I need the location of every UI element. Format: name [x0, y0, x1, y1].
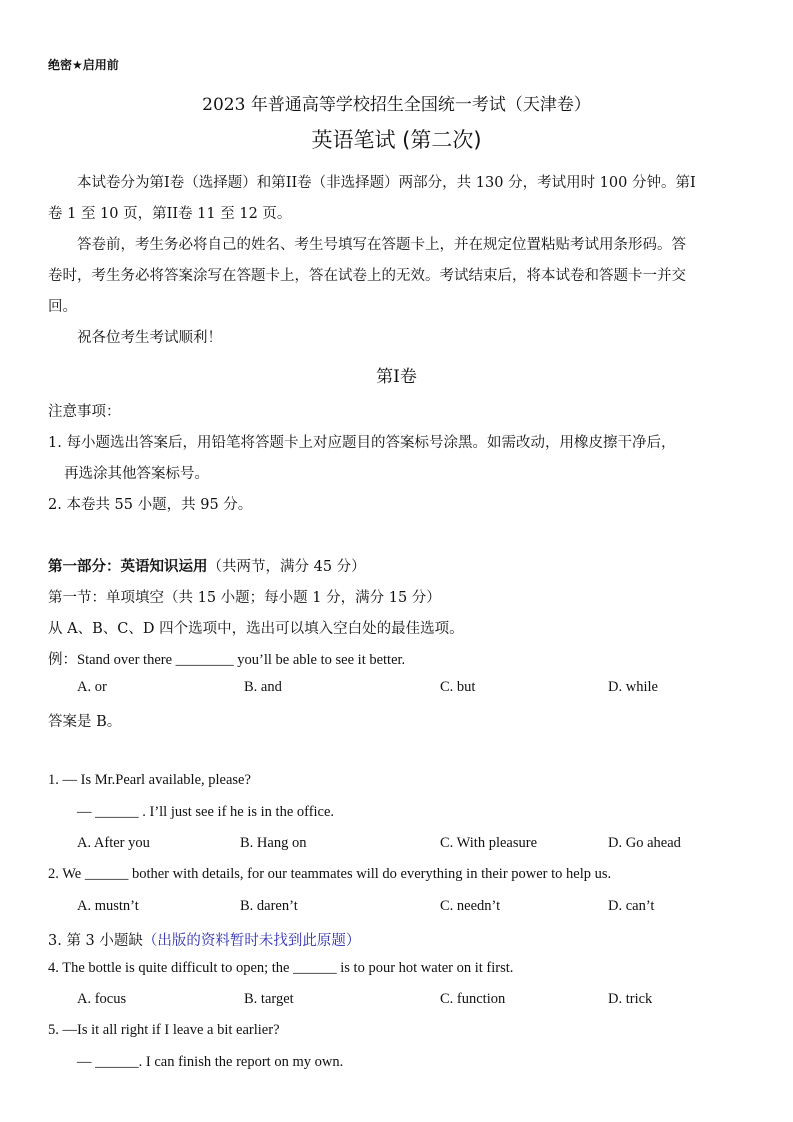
question-1-option-d: D. Go ahead — [608, 835, 681, 852]
example-prompt: 例：Stand over there ________ you’ll be ab… — [48, 648, 405, 669]
intro-line-2: 卷 1 至 10 页，第II卷 11 至 12 页。 — [48, 202, 291, 223]
notice-item-1: 1. 每小题选出答案后，用铅笔将答题卡上对应题目的答案标号涂黑。如需改动，用橡皮… — [48, 431, 675, 452]
example-answer: 答案是 B。 — [48, 710, 121, 731]
confidential-label: 绝密★启用前 — [48, 56, 119, 73]
question-2-option-c: C. needn’t — [440, 898, 500, 915]
question-1-line-2: — ______ . I’ll just see if he is in the… — [77, 804, 334, 821]
question-2-option-a: A. mustn’t — [77, 898, 139, 915]
question-3-line-1: 3. 第 3 小题缺（出版的资料暂时未找到此原题） — [48, 929, 360, 950]
question-1-line-1: 1. — Is Mr.Pearl available, please? — [48, 772, 251, 789]
question-5-line-2: — ______. I can finish the report on my … — [77, 1054, 343, 1071]
intro-line-4: 卷时，考生务必将答案涂写在答题卡上，答在试卷上的无效。考试结束后，将本试卷和答题… — [48, 264, 686, 285]
part1-heading-bold: 第一部分：英语知识运用 — [48, 559, 208, 575]
example-option-a: A. or — [77, 679, 107, 696]
question-4-line-1: 4. The bottle is quite difficult to open… — [48, 960, 513, 977]
notice-heading: 注意事项： — [48, 400, 121, 421]
question-2-option-d: D. can’t — [608, 898, 654, 915]
question-3-prefix: 3. 第 3 小题缺 — [48, 933, 143, 949]
intro-line-5: 回。 — [48, 295, 77, 316]
question-5-line-1: 5. —Is it all right if I leave a bit ear… — [48, 1022, 280, 1039]
part1-heading-rest: （共两节，满分 45 分） — [208, 559, 366, 575]
question-1-option-a: A. After you — [77, 835, 150, 852]
question-4-option-a: A. focus — [77, 991, 126, 1008]
notice-item-1-cont: 再选涂其他答案标号。 — [64, 462, 209, 483]
question-2-option-b: B. daren’t — [240, 898, 298, 915]
intro-line-3: 答卷前，考生务必将自己的姓名、考生号填写在答题卡上，并在规定位置粘贴考试用条形码… — [77, 233, 686, 254]
question-3-note: （出版的资料暂时未找到此原题） — [143, 933, 361, 949]
exam-subtitle: 英语笔试 (第二次) — [0, 124, 793, 154]
intro-line-1: 本试卷分为第I卷（选择题）和第II卷（非选择题）两部分，共 130 分，考试用时… — [77, 171, 696, 192]
question-4-option-d: D. trick — [608, 991, 652, 1008]
notice-item-2: 2. 本卷共 55 小题，共 95 分。 — [48, 493, 252, 514]
exam-title: 2023 年普通高等学校招生全国统一考试（天津卷） — [0, 90, 793, 115]
example-option-d: D. while — [608, 679, 658, 696]
part1-heading: 第一部分：英语知识运用（共两节，满分 45 分） — [48, 555, 366, 576]
section1-heading: 第一节：单项填空（共 15 小题；每小题 1 分，满分 15 分） — [48, 586, 441, 607]
instruction: 从 A、B、C、D 四个选项中，选出可以填入空白处的最佳选项。 — [48, 617, 464, 638]
question-4-option-c: C. function — [440, 991, 505, 1008]
volume-title: 第I卷 — [0, 362, 793, 387]
question-1-option-b: B. Hang on — [240, 835, 306, 852]
question-1-option-c: C. With pleasure — [440, 835, 537, 852]
question-4-option-b: B. target — [244, 991, 294, 1008]
intro-line-6: 祝各位考生考试顺利！ — [77, 326, 222, 347]
example-option-c: C. but — [440, 679, 475, 696]
example-option-b: B. and — [244, 679, 282, 696]
question-2-line-1: 2. We ______ bother with details, for ou… — [48, 866, 611, 883]
